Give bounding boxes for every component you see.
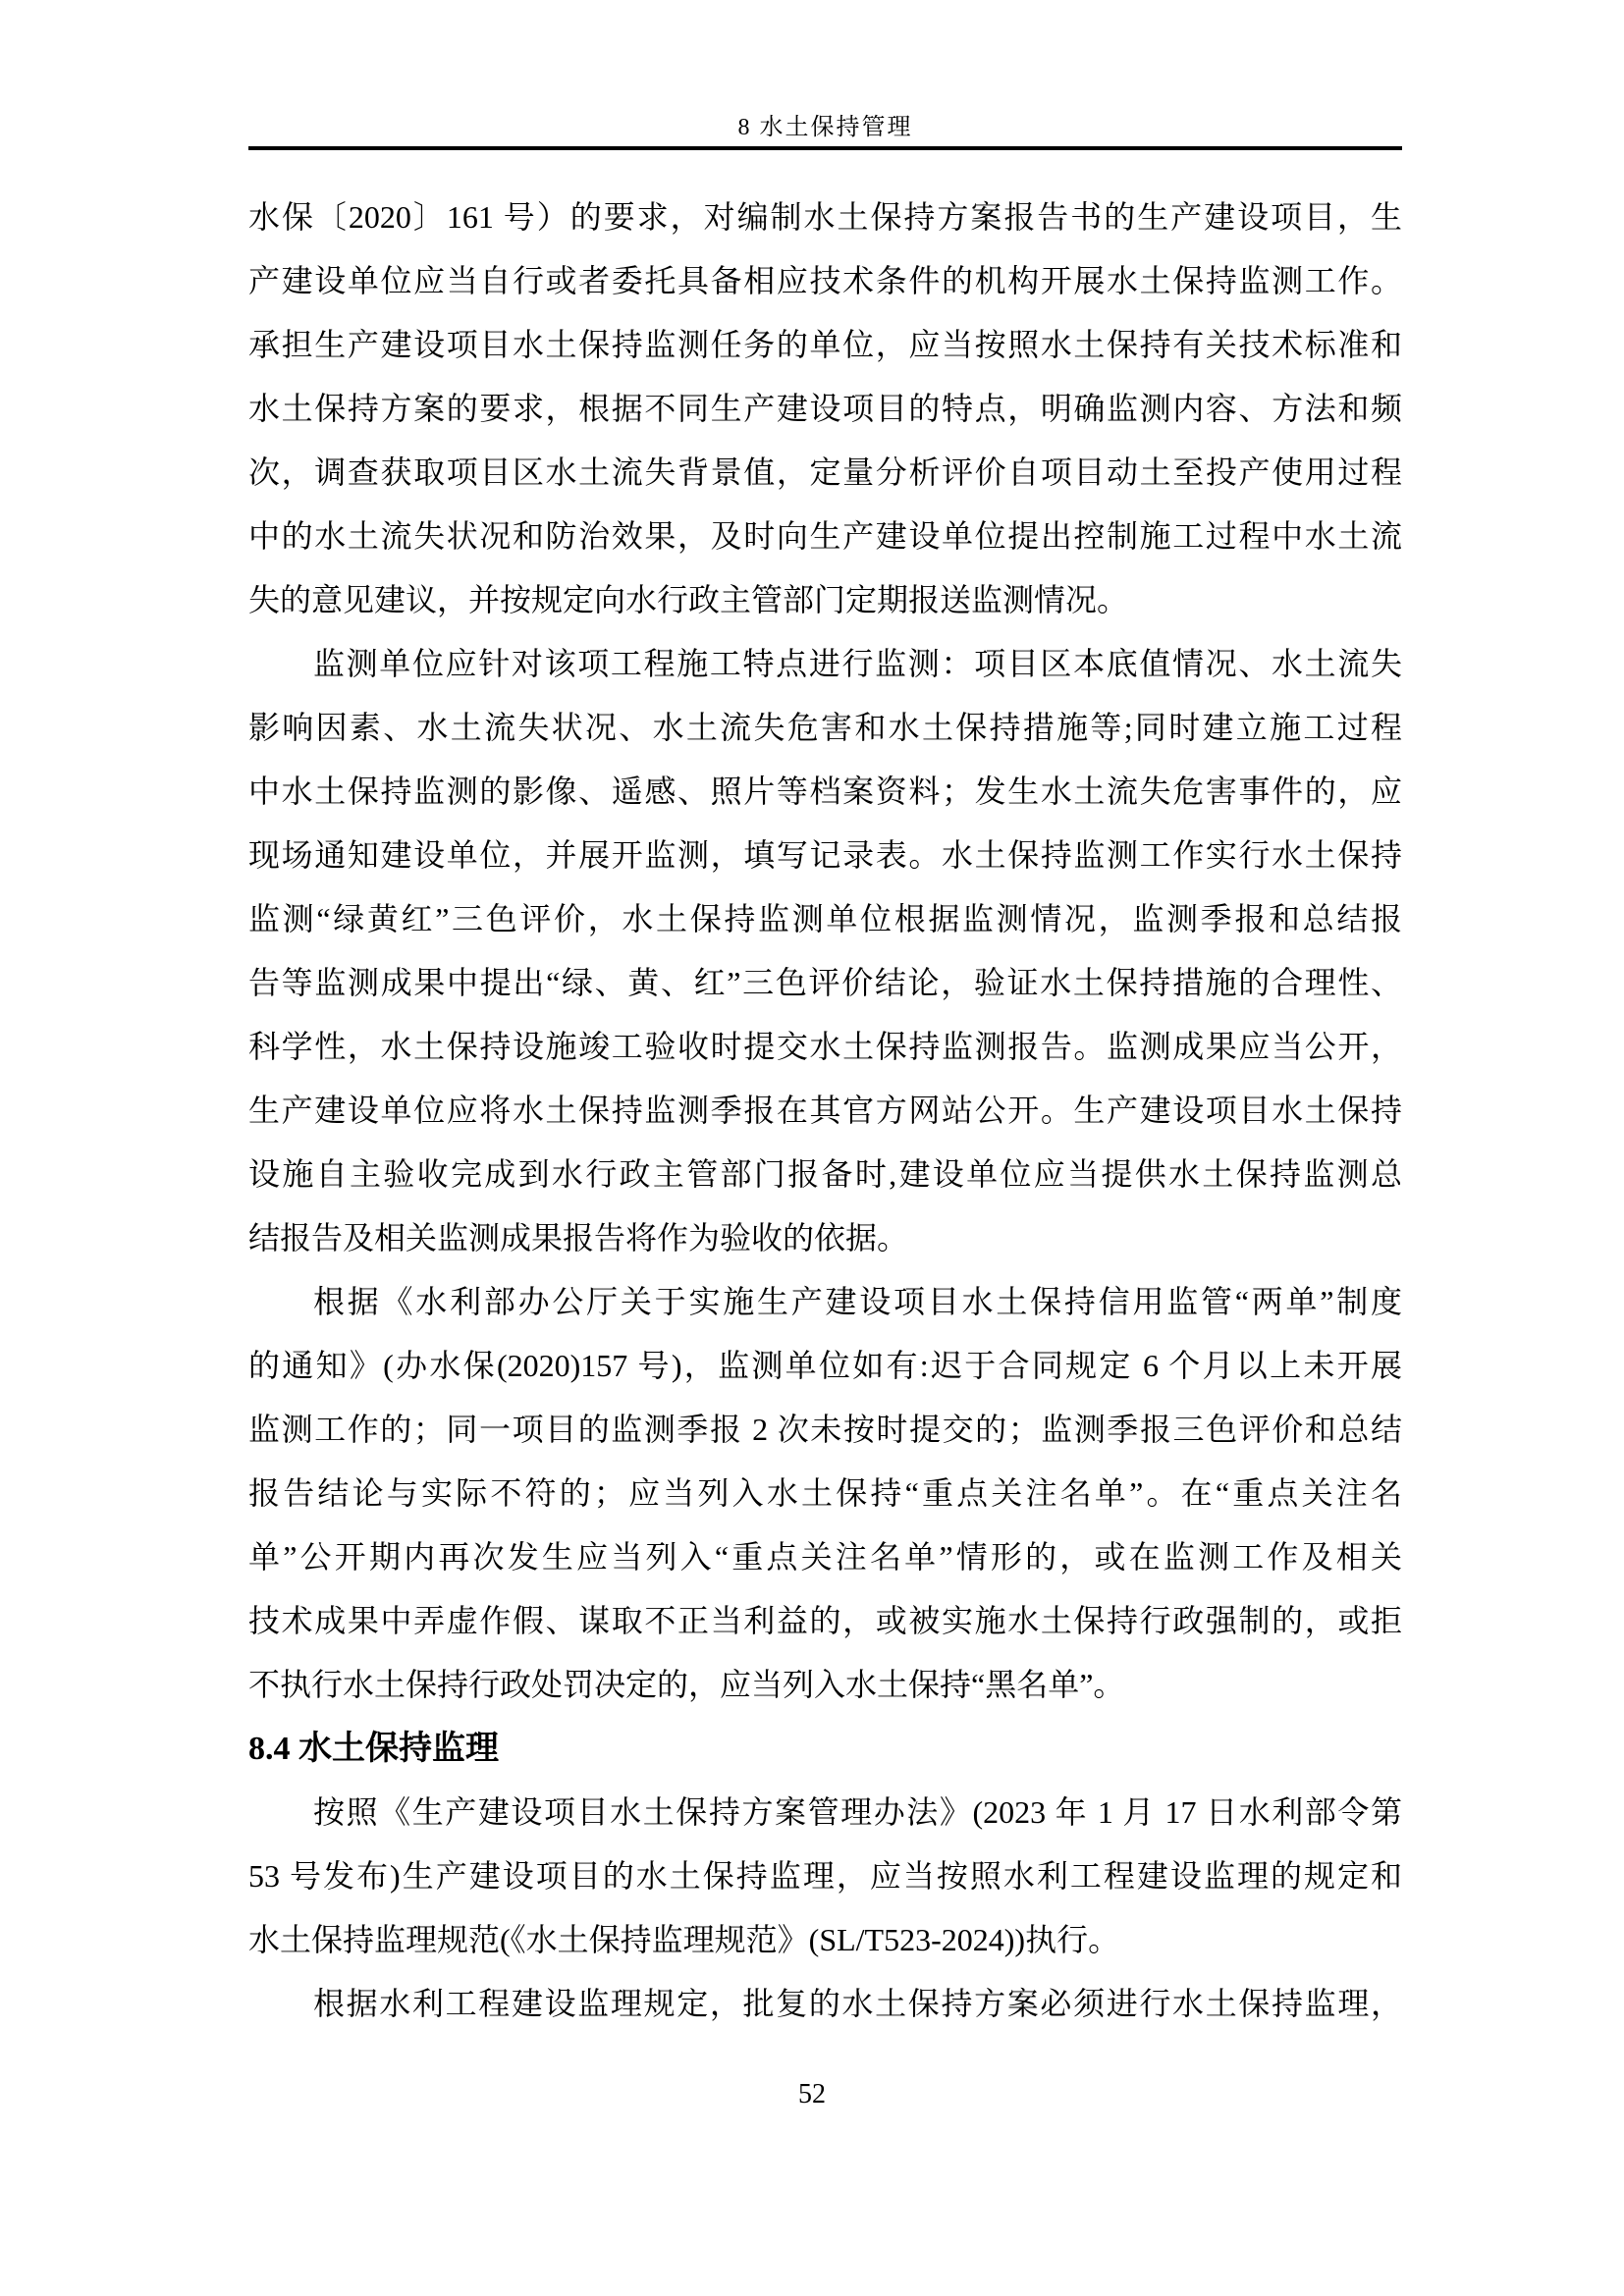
text-line: 结报告及相关监测成果报告将作为验收的依据。: [248, 1206, 1402, 1270]
text-line: 水土保持方案的要求，根据不同生产建设项目的特点，明确监测内容、方法和频: [248, 377, 1402, 441]
running-header: 8 水土保持管理: [248, 107, 1402, 141]
page-number: 52: [0, 2077, 1624, 2112]
text-line: 不执行水土保持行政处罚决定的，应当列入水土保持“黑名单”。: [248, 1653, 1402, 1717]
text-line: 失的意见建议，并按规定向水行政主管部门定期报送监测情况。: [248, 568, 1402, 632]
text-line: 影响因素、水土流失状况、水土流失危害和水土保持措施等;同时建立施工过程: [248, 696, 1402, 760]
header-rule: [248, 146, 1402, 150]
text-line: 单”公开期内再次发生应当列入“重点关注名单”情形的，或在监测工作及相关: [248, 1525, 1402, 1589]
text-line: 现场通知建设单位，并展开监测，填写记录表。水土保持监测工作实行水土保持: [248, 824, 1402, 887]
text-line: 告等监测成果中提出“绿、黄、红”三色评价结论，验证水土保持措施的合理性、: [248, 951, 1402, 1015]
text-line: 根据水利工程建设监理规定，批复的水土保持方案必须进行水土保持监理，: [248, 1972, 1402, 2036]
text-line: 报告结论与实际不符的；应当列入水土保持“重点关注名单”。在“重点关注名: [248, 1462, 1402, 1525]
text-line: 的通知》(办水保(2020)157 号)，监测单位如有:迟于合同规定 6 个月以…: [248, 1334, 1402, 1398]
text-line: 产建设单位应当自行或者委托具备相应技术条件的机构开展水土保持监测工作。: [248, 249, 1402, 313]
document-body: 水保〔2020〕161 号）的要求，对编制水土保持方案报告书的生产建设项目，生产…: [248, 186, 1402, 2036]
text-line: 设施自主验收完成到水行政主管部门报备时,建设单位应当提供水土保持监测总: [248, 1143, 1402, 1206]
text-line: 科学性，水土保持设施竣工验收时提交水土保持监测报告。监测成果应当公开，: [248, 1015, 1402, 1079]
text-line: 中的水土流失状况和防治效果，及时向生产建设单位提出控制施工过程中水土流: [248, 505, 1402, 568]
text-line: 监测工作的；同一项目的监测季报 2 次未按时提交的；监测季报三色评价和总结: [248, 1398, 1402, 1462]
text-line: 中水土保持监测的影像、遥感、照片等档案资料；发生水土流失危害事件的，应: [248, 760, 1402, 824]
text-line: 次，调查获取项目区水土流失背景值，定量分析评价自项目动土至投产使用过程: [248, 441, 1402, 505]
text-line: 监测“绿黄红”三色评价，水土保持监测单位根据监测情况，监测季报和总结报: [248, 887, 1402, 951]
text-line: 根据《水利部办公厅关于实施生产建设项目水土保持信用监管“两单”制度: [248, 1270, 1402, 1334]
text-line: 水保〔2020〕161 号）的要求，对编制水土保持方案报告书的生产建设项目，生: [248, 186, 1402, 249]
text-line: 水土保持监理规范(《水土保持监理规范》(SL/T523-2024))执行。: [248, 1908, 1402, 1972]
text-line: 技术成果中弄虚作假、谋取不正当利益的，或被实施水土保持行政强制的，或拒: [248, 1589, 1402, 1653]
document-page: 8 水土保持管理 水保〔2020〕161 号）的要求，对编制水土保持方案报告书的…: [0, 0, 1624, 2296]
text-line: 53 号发布)生产建设项目的水土保持监理，应当按照水利工程建设监理的规定和: [248, 1844, 1402, 1908]
text-line: 生产建设单位应将水土保持监测季报在其官方网站公开。生产建设项目水土保持: [248, 1079, 1402, 1143]
text-line: 监测单位应针对该项工程施工特点进行监测：项目区本底值情况、水土流失: [248, 632, 1402, 696]
text-line: 承担生产建设项目水土保持监测任务的单位，应当按照水土保持有关技术标准和: [248, 313, 1402, 377]
text-line: 按照《生产建设项目水土保持方案管理办法》(2023 年 1 月 17 日水利部令…: [248, 1781, 1402, 1844]
section-heading: 8.4 水土保持监理: [248, 1717, 1402, 1781]
